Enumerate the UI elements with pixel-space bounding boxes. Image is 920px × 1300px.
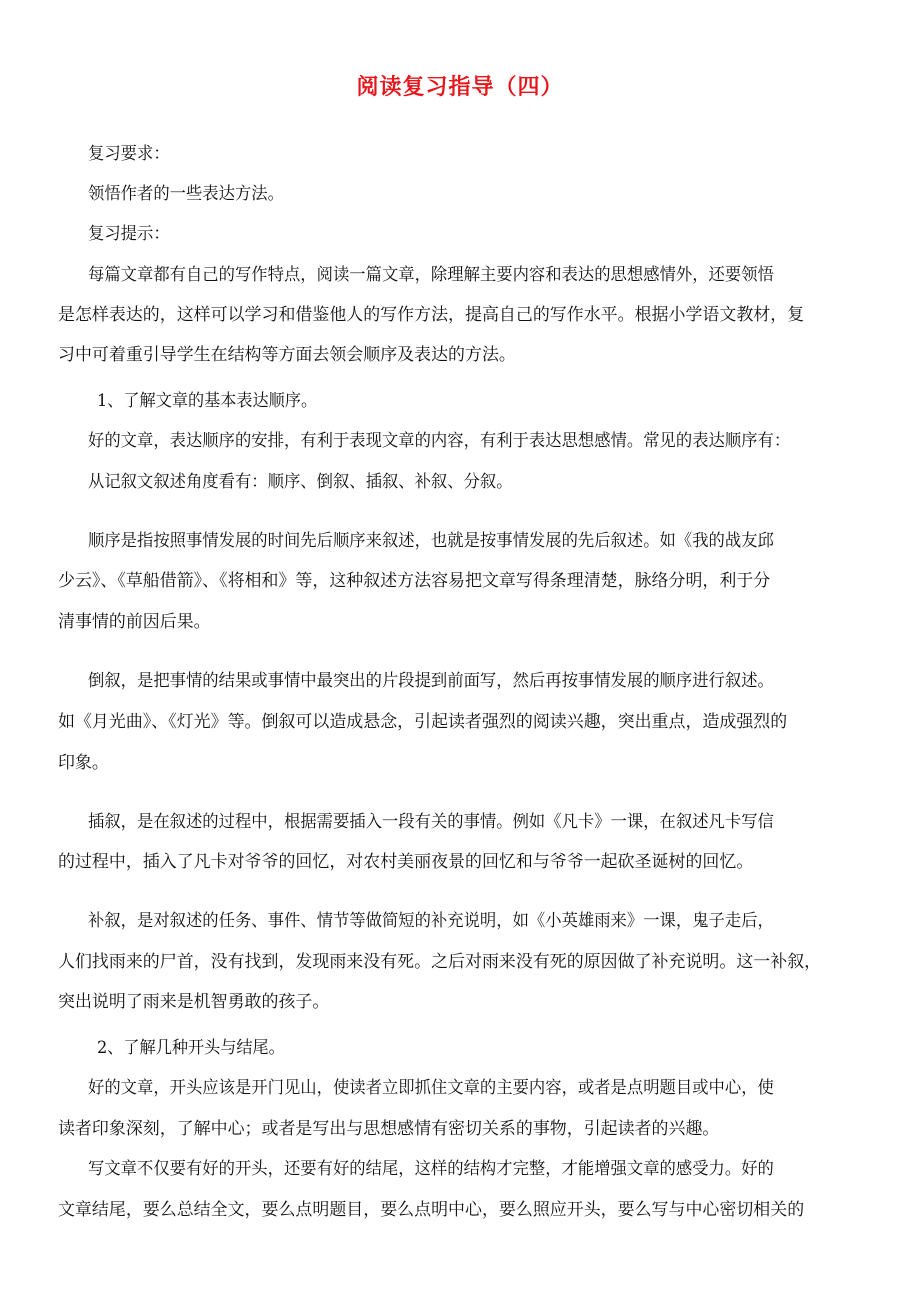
paragraph-line: 领悟作者的一些表达方法。 (88, 183, 868, 205)
paragraph-line: 印象。 (58, 752, 868, 774)
paragraph-line: 每篇文章都有自己的写作特点，阅读一篇文章，除理解主要内容和表达的思想感情外，还要… (88, 264, 868, 286)
paragraph-line: 复习要求： (88, 143, 868, 165)
paragraph-line: 2、了解几种开头与结尾。 (97, 1037, 868, 1059)
paragraph-line: 读者印象深刻，了解中心；或者是写出与思想感情有密切关系的事物，引起读者的兴趣。 (58, 1118, 868, 1140)
paragraph-line: 顺序是指按照事情发展的时间先后顺序来叙述，也就是按事情发展的先后叙述。如《我的战… (88, 530, 868, 552)
paragraph-line: 1、了解文章的基本表达顺序。 (97, 390, 868, 412)
paragraph-line: 文章结尾，要么总结全文，要么点明题目，要么点明中心，要么照应开头，要么写与中心密… (58, 1199, 868, 1221)
paragraph-line: 的过程中，插入了凡卡对爷爷的回忆，对农村美丽夜景的回忆和与爷爷一起砍圣诞树的回忆… (58, 851, 868, 873)
paragraph-line: 如《月光曲》、《灯光》等。倒叙可以造成悬念，引起读者强烈的阅读兴趣，突出重点，造… (58, 711, 868, 733)
paragraph-line: 写文章不仅要有好的开头，还要有好的结尾，这样的结构才完整，才能增强文章的感受力。… (88, 1158, 868, 1180)
paragraph-line: 补叙，是对叙述的任务、事件、情节等做简短的补充说明，如《小英雄雨来》一课，鬼子走… (88, 910, 868, 932)
paragraph-line: 人们找雨来的尸首，没有找到，发现雨来没有死。之后对雨来没有死的原因做了补充说明。… (58, 951, 868, 973)
document-page: 阅读复习指导（四） 复习要求：领悟作者的一些表达方法。复习提示：每篇文章都有自己… (0, 0, 920, 1300)
paragraph-line: 从记叙文叙述角度看有：顺序、倒叙、插叙、补叙、分叙。 (88, 471, 868, 493)
paragraph-line: 插叙，是在叙述的过程中，根据需要插入一段有关的事情。例如《凡卡》一课，在叙述凡卡… (88, 811, 868, 833)
paragraph-line: 突出说明了雨来是机智勇敢的孩子。 (58, 991, 868, 1013)
paragraph-line: 倒叙，是把事情的结果或事情中最突出的片段提到前面写，然后再按事情发展的顺序进行叙… (88, 670, 868, 692)
paragraph-line: 好的文章，开头应该是开门见山，使读者立即抓住文章的主要内容，或者是点明题目或中心… (88, 1077, 868, 1099)
paragraph-line: 复习提示： (88, 223, 868, 245)
paragraph-line: 是怎样表达的，这样可以学习和借鉴他人的写作方法，提高自己的写作水平。根据小学语文… (58, 304, 868, 326)
paragraph-line: 习中可着重引导学生在结构等方面去领会顺序及表达的方法。 (58, 344, 868, 366)
document-title: 阅读复习指导（四） (0, 70, 920, 101)
paragraph-line: 清事情的前因后果。 (58, 611, 868, 633)
paragraph-line: 少云》、《草船借箭》、《将相和》等，这种叙述方法容易把文章写得条理清楚，脉络分明… (58, 570, 868, 592)
paragraph-line: 好的文章，表达顺序的安排，有利于表现文章的内容，有利于表达思想感情。常见的表达顺… (88, 430, 868, 452)
